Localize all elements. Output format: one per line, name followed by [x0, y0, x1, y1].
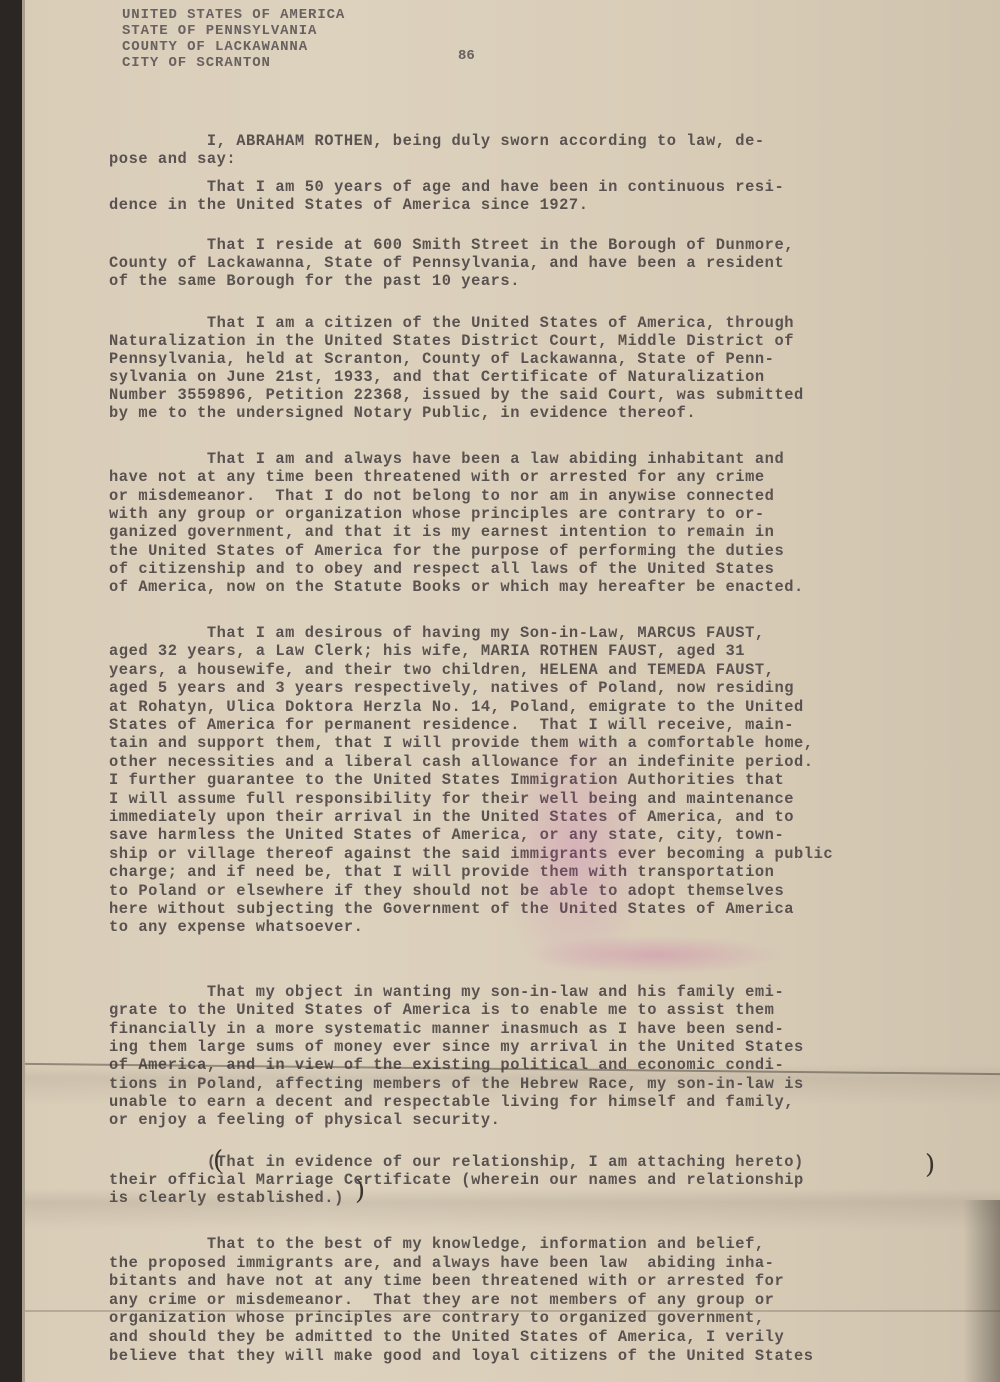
- paragraph-6-line: I will assume full responsibility for th…: [109, 790, 794, 808]
- paragraph-4-line: Naturalization in the United States Dist…: [109, 332, 794, 350]
- paragraph-6-line: to any expense whatsoever.: [109, 918, 363, 936]
- torn-edge-shadow: [963, 1200, 1000, 1382]
- paragraph-5-line: the United States of America for the pur…: [109, 542, 784, 560]
- paragraph-9-line: any crime or misdemeanor. That they are …: [109, 1291, 774, 1309]
- paragraph-4-line: sylvania on June 21st, 1933, and that Ce…: [109, 368, 765, 386]
- paragraph-9-line: organization whose principles are contra…: [109, 1309, 765, 1327]
- pen-bracket-open: (: [213, 1146, 223, 1176]
- paper-crease: [25, 1310, 1000, 1312]
- paragraph-6-line: tain and support them, that I will provi…: [109, 734, 814, 752]
- paragraph-6-line: charge; and if need be, that I will prov…: [109, 863, 774, 881]
- paragraph-6-line: save harmless the United States of Ameri…: [109, 826, 784, 844]
- paragraph-7-line: or enjoy a feeling of physical security.: [109, 1111, 500, 1129]
- paragraph-4-line: Number 3559896, Petition 22368, issued b…: [109, 386, 804, 404]
- paragraph-6-line: aged 5 years and 3 years respectively, n…: [109, 679, 794, 697]
- paragraph-9-line: believe that they will make good and loy…: [109, 1347, 814, 1365]
- paragraph-7-line: That my object in wanting my son-in-law …: [109, 983, 784, 1001]
- paragraph-7-line: ing them large sums of money ever since …: [109, 1038, 804, 1056]
- paragraph-5-line: of America, now on the Statute Books or …: [109, 578, 804, 596]
- header-line-city: CITY OF SCRANTON: [122, 54, 271, 72]
- paragraph-9-line: the proposed immigrants are, and always …: [109, 1254, 774, 1272]
- paragraph-3-line: County of Lackawanna, State of Pennsylva…: [109, 254, 784, 272]
- paragraph-6-line: to Poland or elsewhere if they should no…: [109, 882, 784, 900]
- paragraph-3-line: That I reside at 600 Smith Street in the…: [109, 236, 794, 254]
- paragraph-5-line: ganized government, and that it is my ea…: [109, 523, 774, 541]
- paragraph-4-line: That I am a citizen of the United States…: [109, 314, 794, 332]
- paragraph-2-line: That I am 50 years of age and have been …: [109, 178, 784, 196]
- paragraph-6-line: years, a housewife, and their two childr…: [109, 661, 774, 679]
- paragraph-9-line: That to the best of my knowledge, inform…: [109, 1235, 765, 1253]
- paragraph-6-line: ship or village thereof against the said…: [109, 845, 833, 863]
- paragraph-6-line: here without subjecting the Government o…: [109, 900, 794, 918]
- paragraph-6-line: other necessities and a liberal cash all…: [109, 753, 814, 771]
- paragraph-9-line: bitants and have not at any time been th…: [109, 1272, 784, 1290]
- paragraph-6-line: immediately upon their arrival in the Un…: [109, 808, 794, 826]
- paragraph-4-line: Pennsylvania, held at Scranton, County o…: [109, 350, 774, 368]
- paragraph-6-line: That I am desirous of having my Son-in-L…: [109, 624, 765, 642]
- paragraph-5-line: have not at any time been threatened wit…: [109, 468, 765, 486]
- paragraph-6-line: States of America for permanent residenc…: [109, 716, 794, 734]
- pen-bracket-close: ): [925, 1150, 935, 1180]
- page-number: 86: [458, 48, 475, 64]
- paragraph-7-line: grate to the United States of America is…: [109, 1001, 774, 1019]
- paragraph-4-line: by me to the undersigned Notary Public, …: [109, 404, 696, 422]
- paragraph-5-line: That I am and always have been a law abi…: [109, 450, 784, 468]
- notary-stamp-streak: [525, 935, 785, 975]
- paragraph-9-line: and should they be admitted to the Unite…: [109, 1328, 784, 1346]
- paragraph-5-line: of citizenship and to obey and respect a…: [109, 560, 774, 578]
- paragraph-6-line: at Rohatyn, Ulica Doktora Herzla No. 14,…: [109, 698, 804, 716]
- paragraph-2-line: dence in the United States of America si…: [109, 196, 589, 214]
- paragraph-1-line: pose and say:: [109, 150, 236, 168]
- affidavit-page: UNITED STATES OF AMERICA STATE OF PENNSY…: [22, 0, 1000, 1382]
- paragraph-7-line: financially in a more systematic manner …: [109, 1020, 784, 1038]
- paragraph-5-line: or misdemeanor. That I do not belong to …: [109, 487, 774, 505]
- paragraph-1-line: I, ABRAHAM ROTHEN, being duly sworn acco…: [109, 132, 765, 150]
- paragraph-8-line: is clearly established.): [109, 1189, 344, 1207]
- pen-bracket-close-2: ): [355, 1176, 365, 1206]
- paragraph-7-line: tions in Poland, affecting members of th…: [109, 1075, 804, 1093]
- paragraph-5-line: with any group or organization whose pri…: [109, 505, 765, 523]
- paragraph-6-line: I further guarantee to the United States…: [109, 771, 784, 789]
- paragraph-6-line: aged 32 years, a Law Clerk; his wife, MA…: [109, 642, 745, 660]
- paragraph-7-line: unable to earn a decent and respectable …: [109, 1093, 794, 1111]
- paragraph-3-line: of the same Borough for the past 10 year…: [109, 272, 520, 290]
